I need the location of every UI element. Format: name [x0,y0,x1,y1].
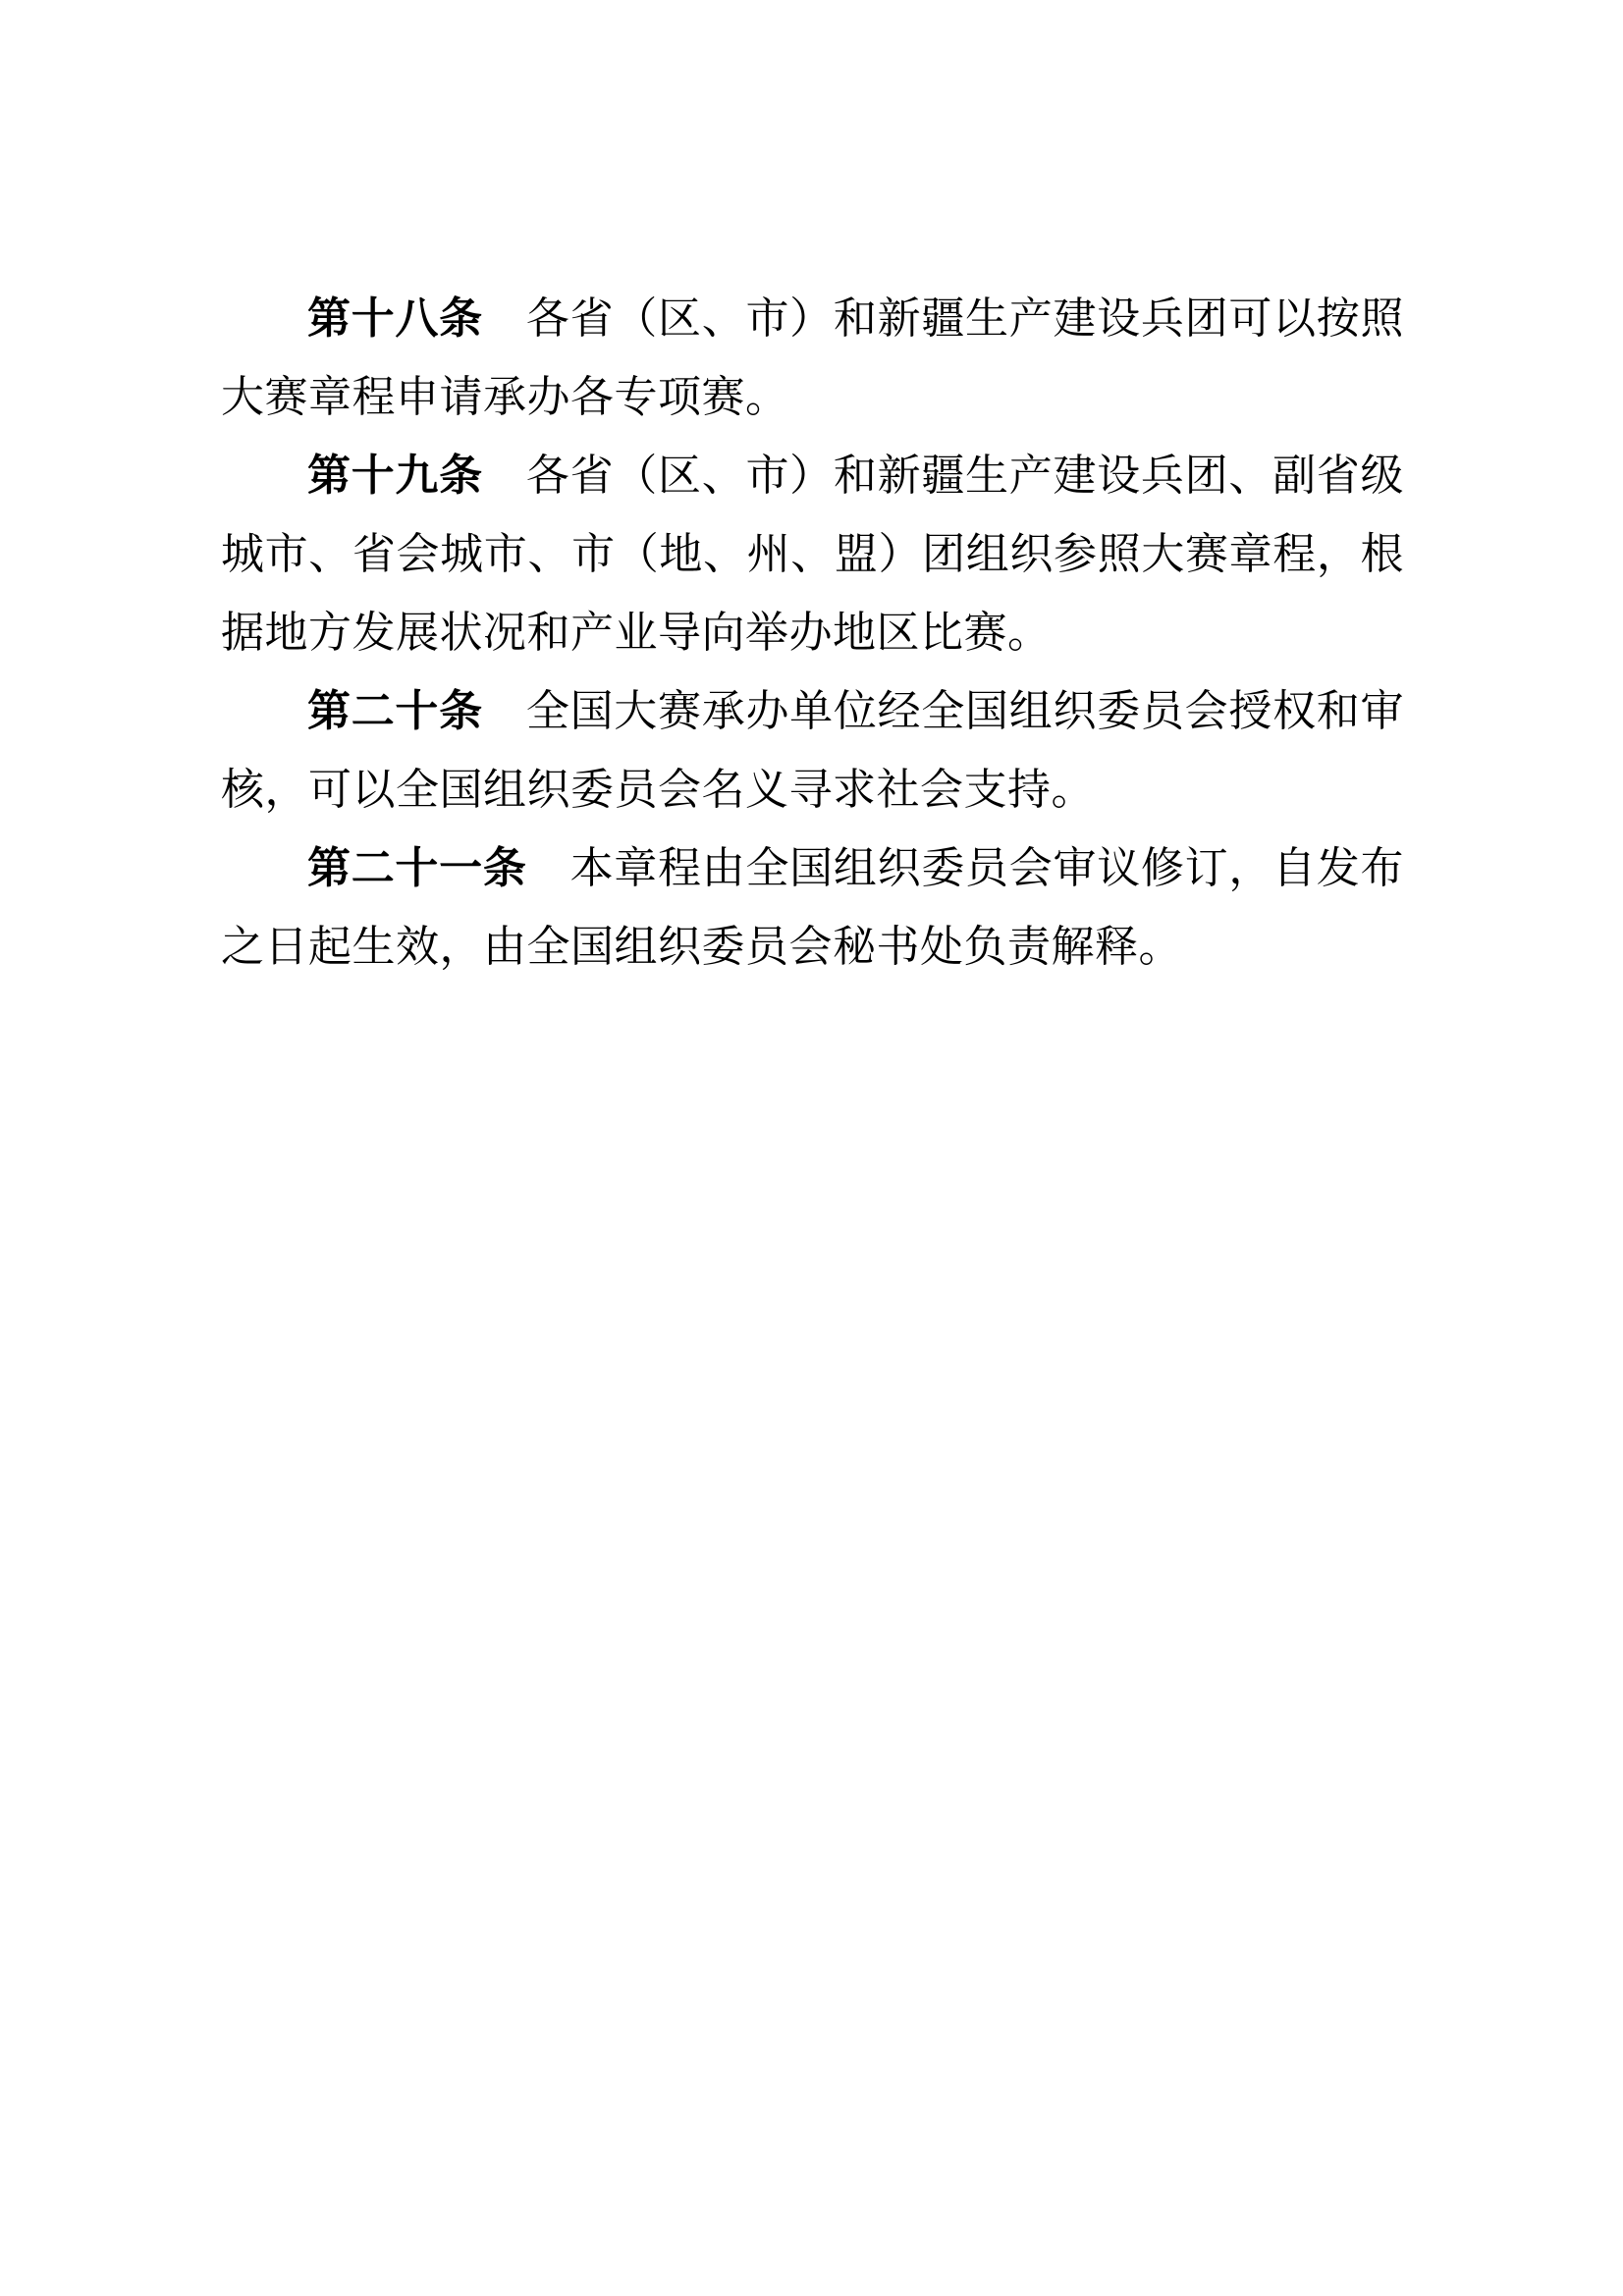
article-paragraph-18: 第十八条各省（区、市）和新疆生产建设兵团可以按照大赛章程申请承办各专项赛。 [221,280,1404,437]
article-number: 第十九条 [307,452,483,500]
article-paragraph-21: 第二十一条本章程由全国组织委员会审议修订，自发布之日起生效，由全国组织委员会秘书… [221,829,1404,987]
article-paragraph-20: 第二十条全国大赛承办单位经全国组织委员会授权和审核，可以全国组织委员会名义寻求社… [221,672,1404,829]
document-page: 第十八条各省（区、市）和新疆生产建设兵团可以按照大赛章程申请承办各专项赛。 第十… [0,0,1623,2296]
article-number: 第二十条 [307,687,483,735]
document-body: 第十八条各省（区、市）和新疆生产建设兵团可以按照大赛章程申请承办各专项赛。 第十… [221,280,1404,987]
article-number: 第十八条 [307,294,483,343]
article-number: 第二十一条 [307,844,527,892]
article-paragraph-19: 第十九条各省（区、市）和新疆生产建设兵团、副省级城市、省会城市、市（地、州、盟）… [221,437,1404,672]
